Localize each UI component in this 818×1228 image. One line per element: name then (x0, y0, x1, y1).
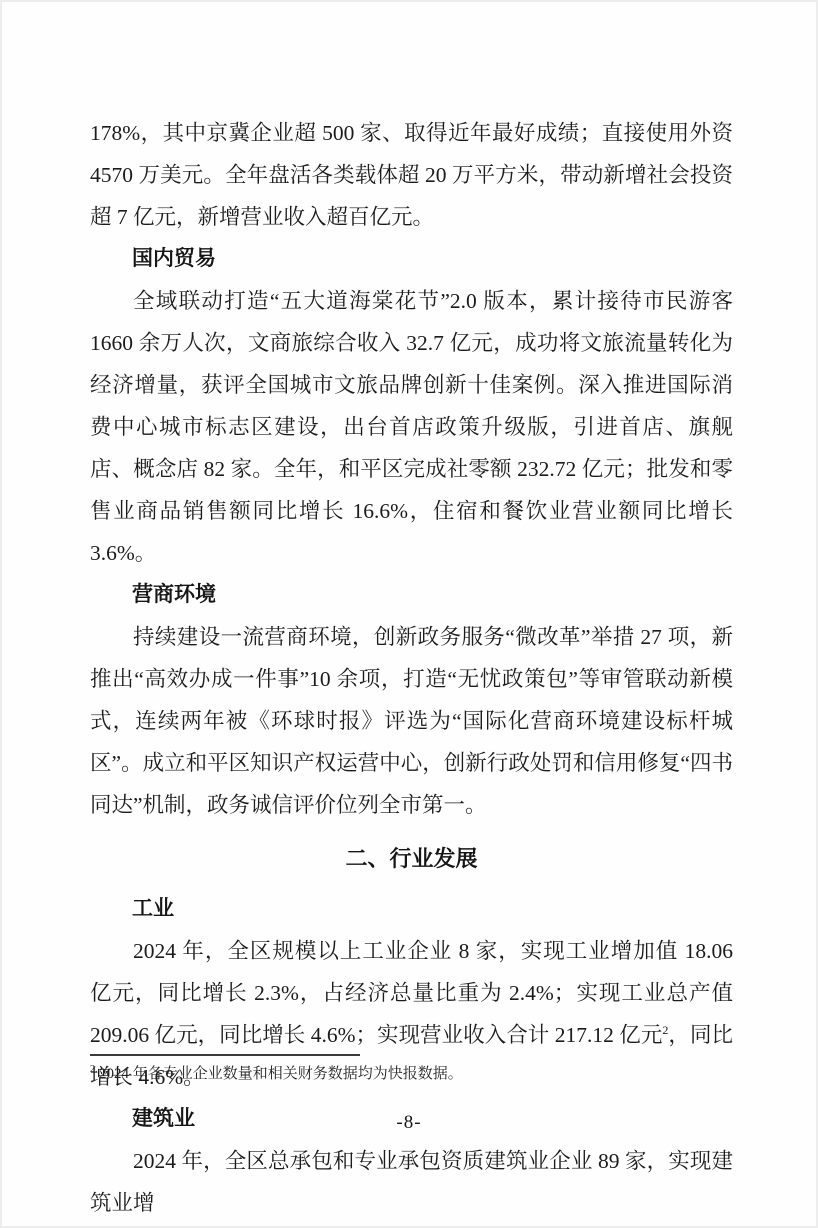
document-page: 178%，其中京冀企业超 500 家、取得近年最好成绩；直接使用外资 4570 … (0, 0, 818, 1228)
heading-industry: 工业 (90, 888, 733, 930)
page-number: -8- (2, 1112, 816, 1134)
paragraph-construction: 2024 年，全区总承包和专业承包资质建筑业企业 89 家，实现建筑业增 (90, 1140, 733, 1224)
footnote-divider (90, 1054, 360, 1056)
paragraph-business-environment: 持续建设一流营商环境，创新政务服务“微改革”举措 27 项，新推出“高效办成一件… (90, 616, 733, 826)
footnote-body: 2024 年各专业企业数量和相关财务数据均为快报数据。 (99, 1066, 463, 1082)
heading-domestic-trade: 国内贸易 (90, 238, 733, 280)
footnote-marker: 2 (90, 1064, 95, 1075)
chapter-heading-industry-development: 二、行业发展 (90, 838, 733, 880)
footnote-text: 22024 年各专业企业数量和相关财务数据均为快报数据。 (90, 1064, 733, 1085)
paragraph-continuation: 178%，其中京冀企业超 500 家、取得近年最好成绩；直接使用外资 4570 … (90, 112, 733, 238)
heading-business-environment: 营商环境 (90, 574, 733, 616)
footnote-area: 22024 年各专业企业数量和相关财务数据均为快报数据。 (90, 1054, 733, 1085)
industry-text-before-footnote-ref: 2024 年，全区规模以上工业企业 8 家，实现工业增加值 18.06 亿元，同… (90, 939, 733, 1047)
paragraph-domestic-trade: 全域联动打造“五大道海棠花节”2.0 版本，累计接待市民游客 1660 余万人次… (90, 280, 733, 574)
